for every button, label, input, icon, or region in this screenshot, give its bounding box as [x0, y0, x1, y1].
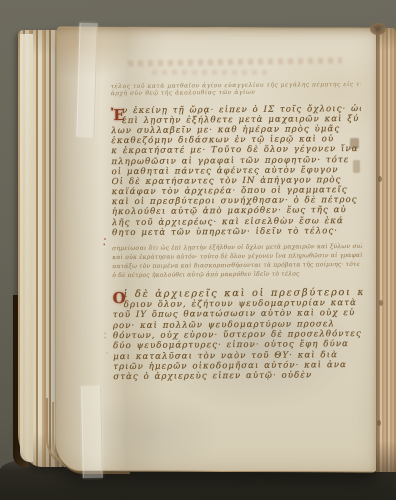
margin-stain [353, 160, 360, 173]
margin-ornament: · [106, 350, 108, 357]
margin-stain [350, 138, 359, 149]
ornamental-initial: Ο [112, 289, 123, 307]
ink-offset-smudge [152, 70, 272, 75]
rubric-line: ἀρχὴ σὺν θεῷ τῆς ἀκολουθίας τῶν ἁγίων πα… [111, 89, 256, 98]
scholia-block: σημείωσαι ὅτι ὡς ἐπὶ λῃστὴν ἐξῆλθον οἱ ὄ… [112, 242, 362, 281]
ornamental-initial: Ἐ [111, 106, 122, 124]
text-block: τέλος τοῦ κατὰ ματθαῖον ἁγίου εὐαγγελίου… [111, 81, 364, 383]
scholion-line: ὁ δὲ πέτρος ἠκολούθει αὐτῷ ἀπὸ μακρόθεν … [112, 269, 362, 280]
fore-edge-chip [378, 176, 382, 182]
gospel-paragraph-2: Ο ἱ δὲ ἀρχιερεῖς καὶ οἱ πρεσβύτεροι καὶ … [112, 287, 363, 383]
fore-edge-chip [377, 420, 381, 426]
text-line: θητο μετὰ τῶν ὑπηρετῶν· ἰδεῖν τὸ τέλος· [112, 226, 362, 238]
gospel-paragraph-1: Ἐ ν ἐκείνῃ τῇ ὥρᾳ· εἶπεν ὁ ΙΣ τοῖς ὄχλοι… [111, 104, 362, 238]
fore-edge-chip [379, 300, 383, 306]
manuscript-photo: τέλος τοῦ κατὰ ματθαῖον ἁγίου εὐαγγελίου… [0, 0, 396, 500]
repair-strip-bottom [81, 386, 103, 478]
right-fore-edge [376, 28, 396, 472]
fore-edge-damage-notch [370, 23, 386, 35]
left-page-stack-highlight [20, 34, 33, 462]
margin-ornament: ⁚ [104, 331, 106, 340]
repair-strip-top [76, 23, 97, 137]
text-line: στὰς ὁ ἀρχιερεὺς εἶπεν αὐτῷ· οὐδὲν [113, 370, 363, 382]
